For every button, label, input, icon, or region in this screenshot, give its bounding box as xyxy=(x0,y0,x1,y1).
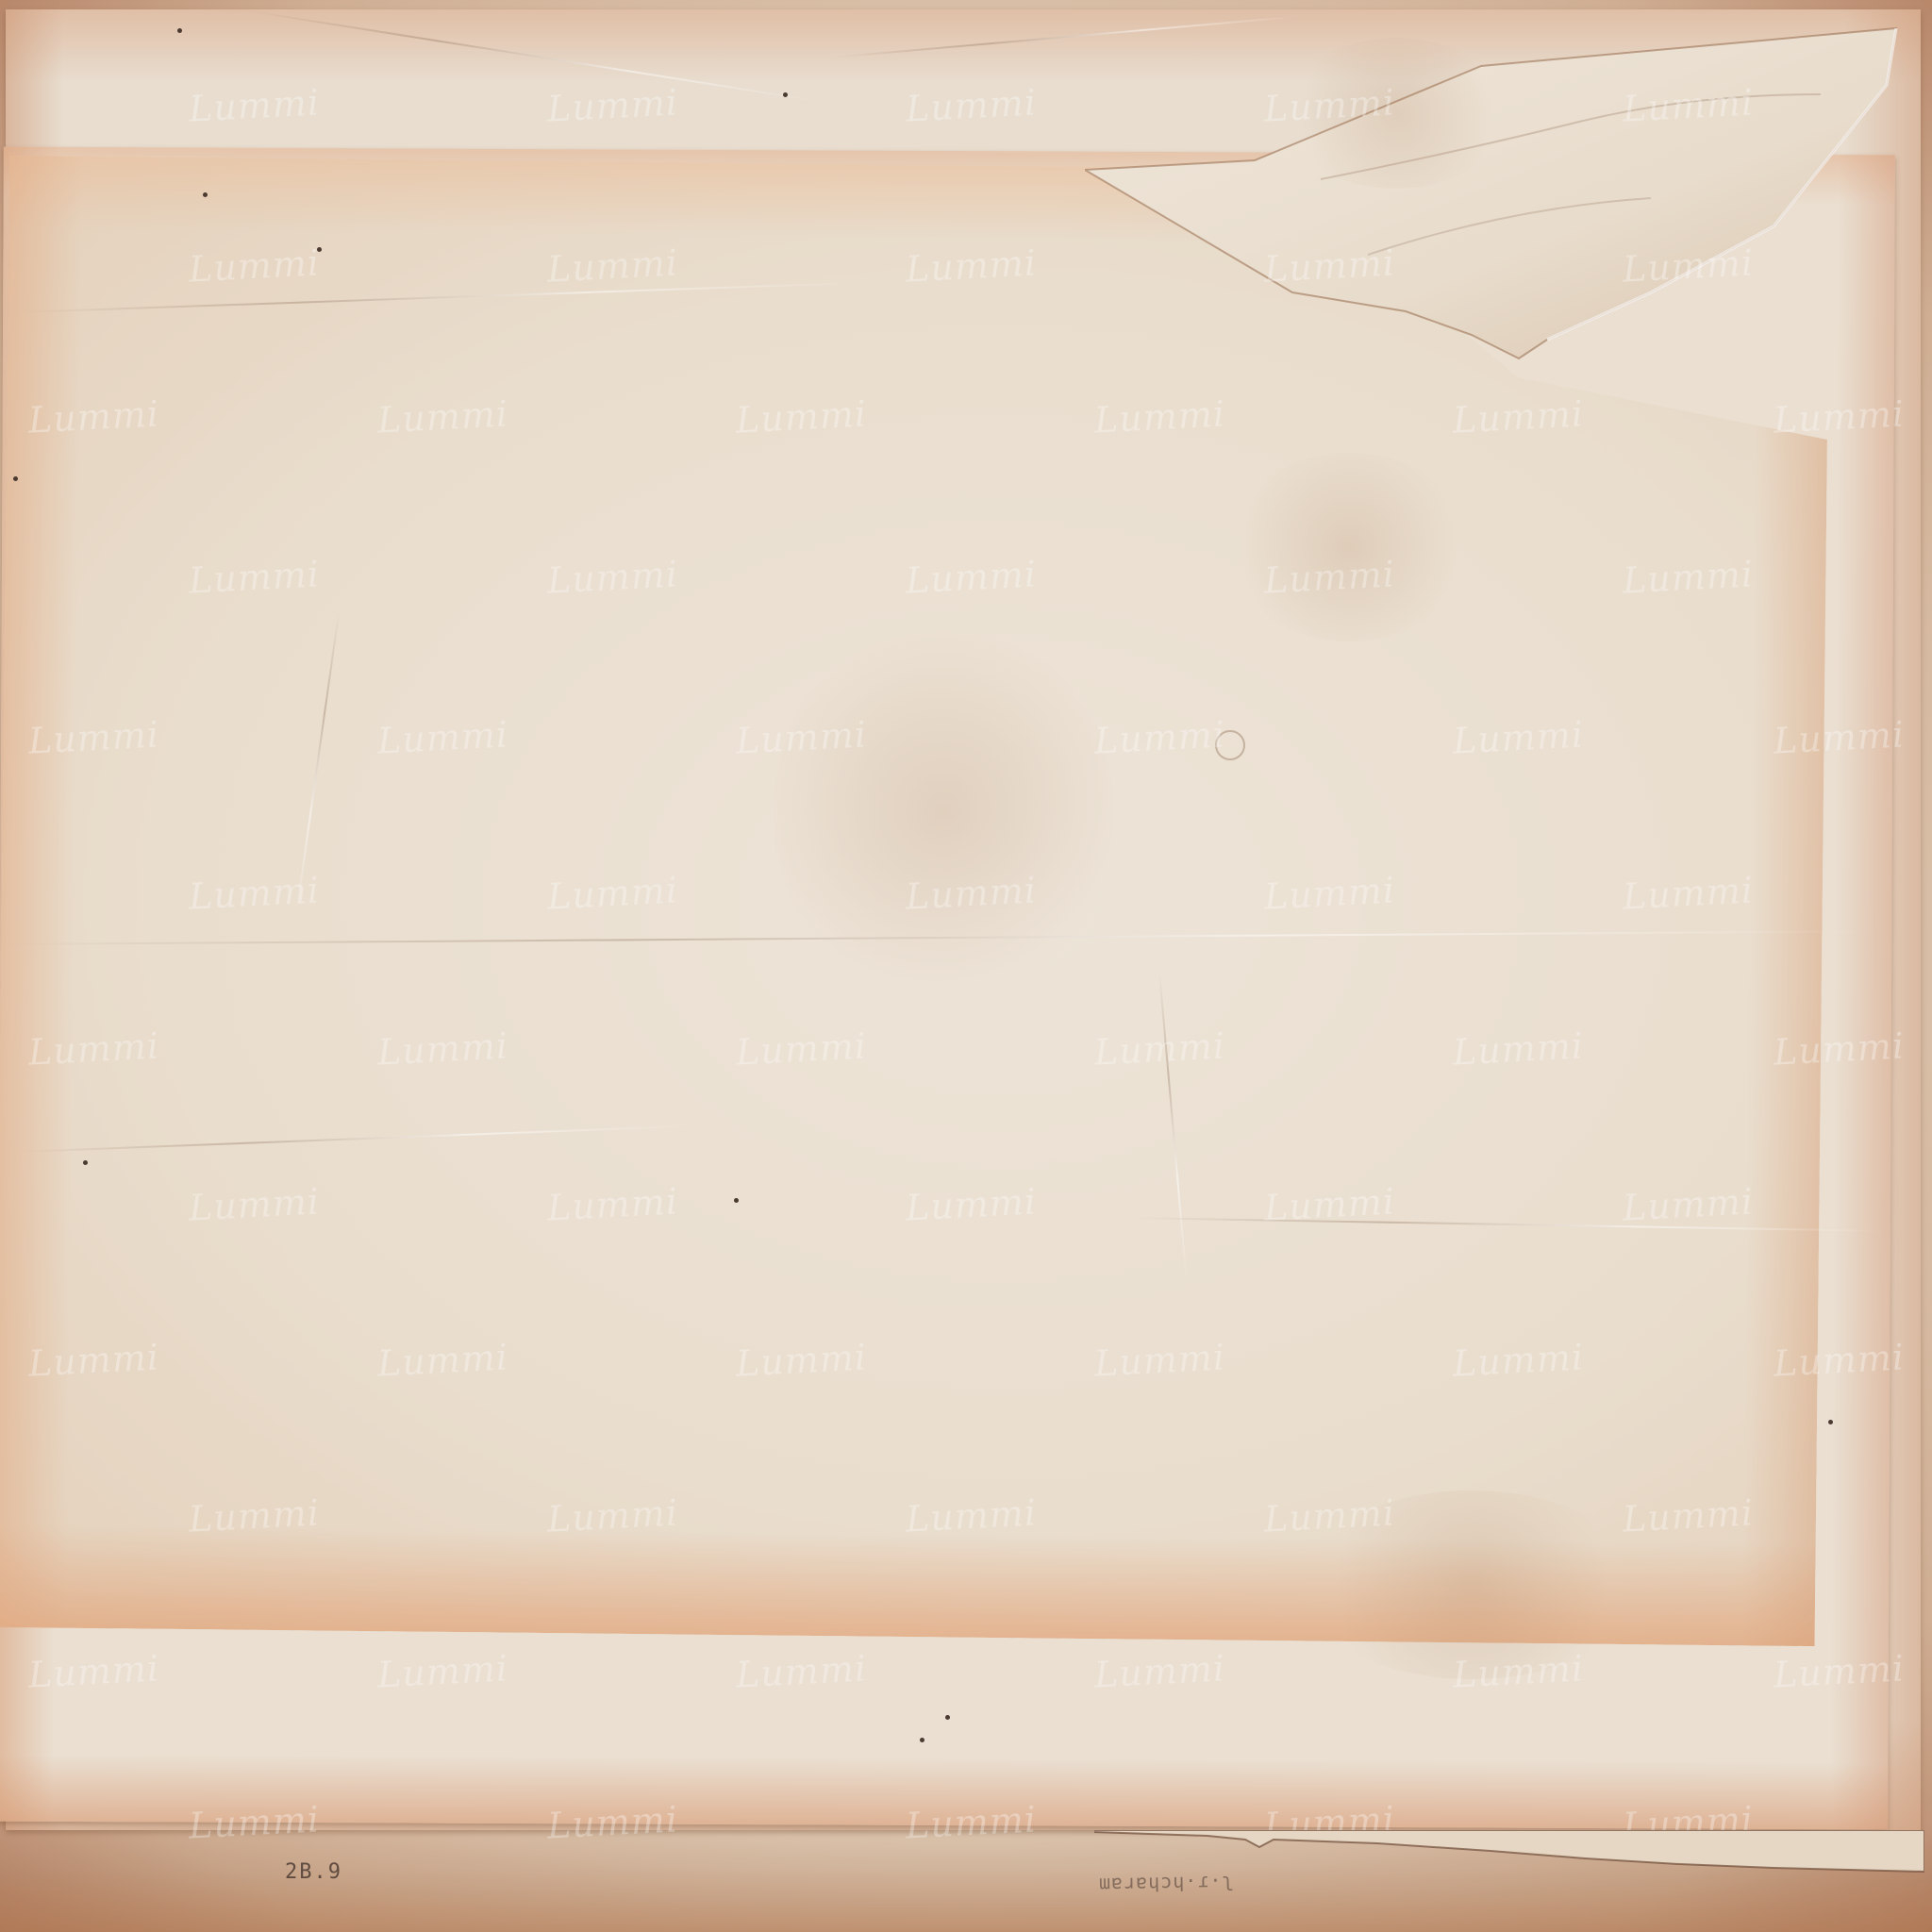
ring-stain xyxy=(1215,730,1245,760)
stain xyxy=(1302,1491,1641,1679)
speck xyxy=(177,28,182,33)
speck xyxy=(920,1738,924,1742)
folded-corner xyxy=(1085,9,1915,481)
speck xyxy=(1828,1420,1833,1424)
stain xyxy=(1226,453,1472,641)
speck xyxy=(734,1198,739,1203)
speck xyxy=(203,192,208,197)
speck xyxy=(83,1160,88,1165)
speck xyxy=(317,247,322,252)
speck xyxy=(783,92,788,97)
aged-paper-photo: LummiLummiLummiLummiLummiLummiLummiLummi… xyxy=(0,0,1932,1932)
stain xyxy=(774,613,1113,1009)
handwritten-label: 2B.9 xyxy=(285,1860,342,1884)
speck xyxy=(13,476,18,481)
speck xyxy=(945,1715,950,1720)
stain xyxy=(1283,38,1509,189)
faint-stamp: ɯɐɹɐɥɔɥ·ɾ·ʅ xyxy=(1099,1869,1235,1894)
